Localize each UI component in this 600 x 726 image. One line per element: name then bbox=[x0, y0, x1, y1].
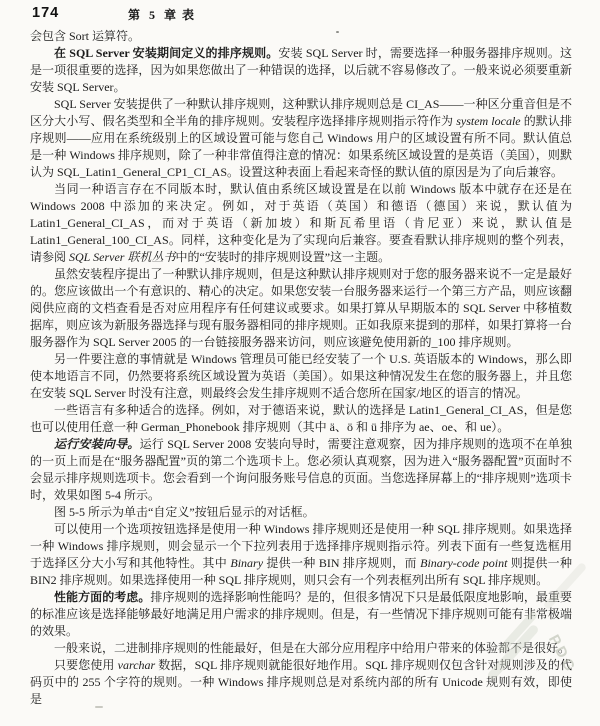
italic-term: Binary-code point bbox=[420, 556, 507, 570]
paragraph: 运行安装向导。运行 SQL Server 2008 安装向导时，需要注意观察，因… bbox=[30, 436, 572, 504]
scan-dash bbox=[95, 706, 103, 708]
paragraph: 可以使用一个选项按钮选择是使用一种 Windows 排序规则还是使用一种 SQL… bbox=[30, 521, 572, 589]
text-run: 虽然安装程序提出了一种默认排序规则，但是这种默认排序规则对于您的服务器来说不一定… bbox=[30, 267, 572, 349]
paragraph: 另一件要注意的事情就是 Windows 管理员可能已经安装了一个 U.S. 英语… bbox=[30, 351, 572, 402]
paragraph: 一些语言有多种适合的选择。例如，对于德语来说，默认的选择是 Latin1_Gen… bbox=[30, 402, 572, 436]
paragraph: 会包含 Sort 运算符。 bbox=[30, 28, 572, 45]
text-run: 另一件要注意的事情就是 Windows 管理员可能已经安装了一个 U.S. 英语… bbox=[30, 352, 572, 400]
chapter-label: 第 5 章 bbox=[128, 6, 179, 23]
paragraph: 虽然安装程序提出了一种默认排序规则，但是这种默认排序规则对于您的服务器来说不一定… bbox=[30, 266, 572, 351]
text-run: 会包含 Sort 运算符。 bbox=[30, 29, 140, 43]
text-run: 只要您使用 bbox=[54, 658, 118, 672]
paragraph: 图 5-5 所示为单击“自定义”按钮后显示的对话框。 bbox=[30, 504, 572, 521]
italic-term: system locale bbox=[456, 114, 520, 128]
paragraph: 当同一种语言存在不同版本时，默认值由系统区域设置是在以前 Windows 版本中… bbox=[30, 181, 572, 266]
bold-lead-in: 在 SQL Server 安装期间定义的排序规则。 bbox=[54, 46, 278, 60]
paragraph: SQL Server 安装提供了一种默认排序规则，这种默认排序规则总是 CI_A… bbox=[30, 96, 572, 181]
page-number: 174 bbox=[32, 5, 59, 21]
italic-term: Binary bbox=[230, 556, 263, 570]
text-run: 提供一种 BIN 排序规则，而 bbox=[263, 556, 420, 570]
scan-speck bbox=[336, 31, 339, 33]
section-label: 表 bbox=[182, 6, 194, 23]
bold-italic-lead-in: 运行安装向导。 bbox=[54, 437, 140, 451]
page-body-text: 会包含 Sort 运算符。 在 SQL Server 安装期间定义的排序规则。安… bbox=[30, 28, 572, 708]
text-run: 中的“安装时的排序规则设置”这一主题。 bbox=[175, 250, 390, 264]
text-run: 一般来说，二进制排序规则的性能最好，但是在大部分应用程序中给用户带来的体验都不是… bbox=[54, 641, 570, 655]
paragraph: 只要您使用 varchar 数据，SQL 排序规则就能很好地作用。SQL 排序规… bbox=[30, 657, 572, 708]
text-run: 图 5-5 所示为单击“自定义”按钮后显示的对话框。 bbox=[54, 505, 315, 519]
paragraph: 在 SQL Server 安装期间定义的排序规则。安装 SQL Server 时… bbox=[30, 45, 572, 96]
text-run: 一些语言有多种适合的选择。例如，对于德语来说，默认的选择是 Latin1_Gen… bbox=[30, 403, 572, 434]
book-page: 174 第 5 章 表 会包含 Sort 运算符。 在 SQL Server 安… bbox=[0, 0, 600, 726]
italic-term: varchar bbox=[118, 658, 156, 672]
paragraph: 一般来说，二进制排序规则的性能最好，但是在大部分应用程序中给用户带来的体验都不是… bbox=[30, 640, 572, 657]
paragraph: 性能方面的考虑。排序规则的选择影响性能吗？是的，但很多情况下只是最低限度地影响，… bbox=[30, 589, 572, 640]
running-head: 174 第 5 章 表 bbox=[32, 5, 568, 21]
italic-term: SQL Server 联机丛书 bbox=[69, 250, 175, 264]
bold-lead-in: 性能方面的考虑。 bbox=[54, 590, 150, 604]
